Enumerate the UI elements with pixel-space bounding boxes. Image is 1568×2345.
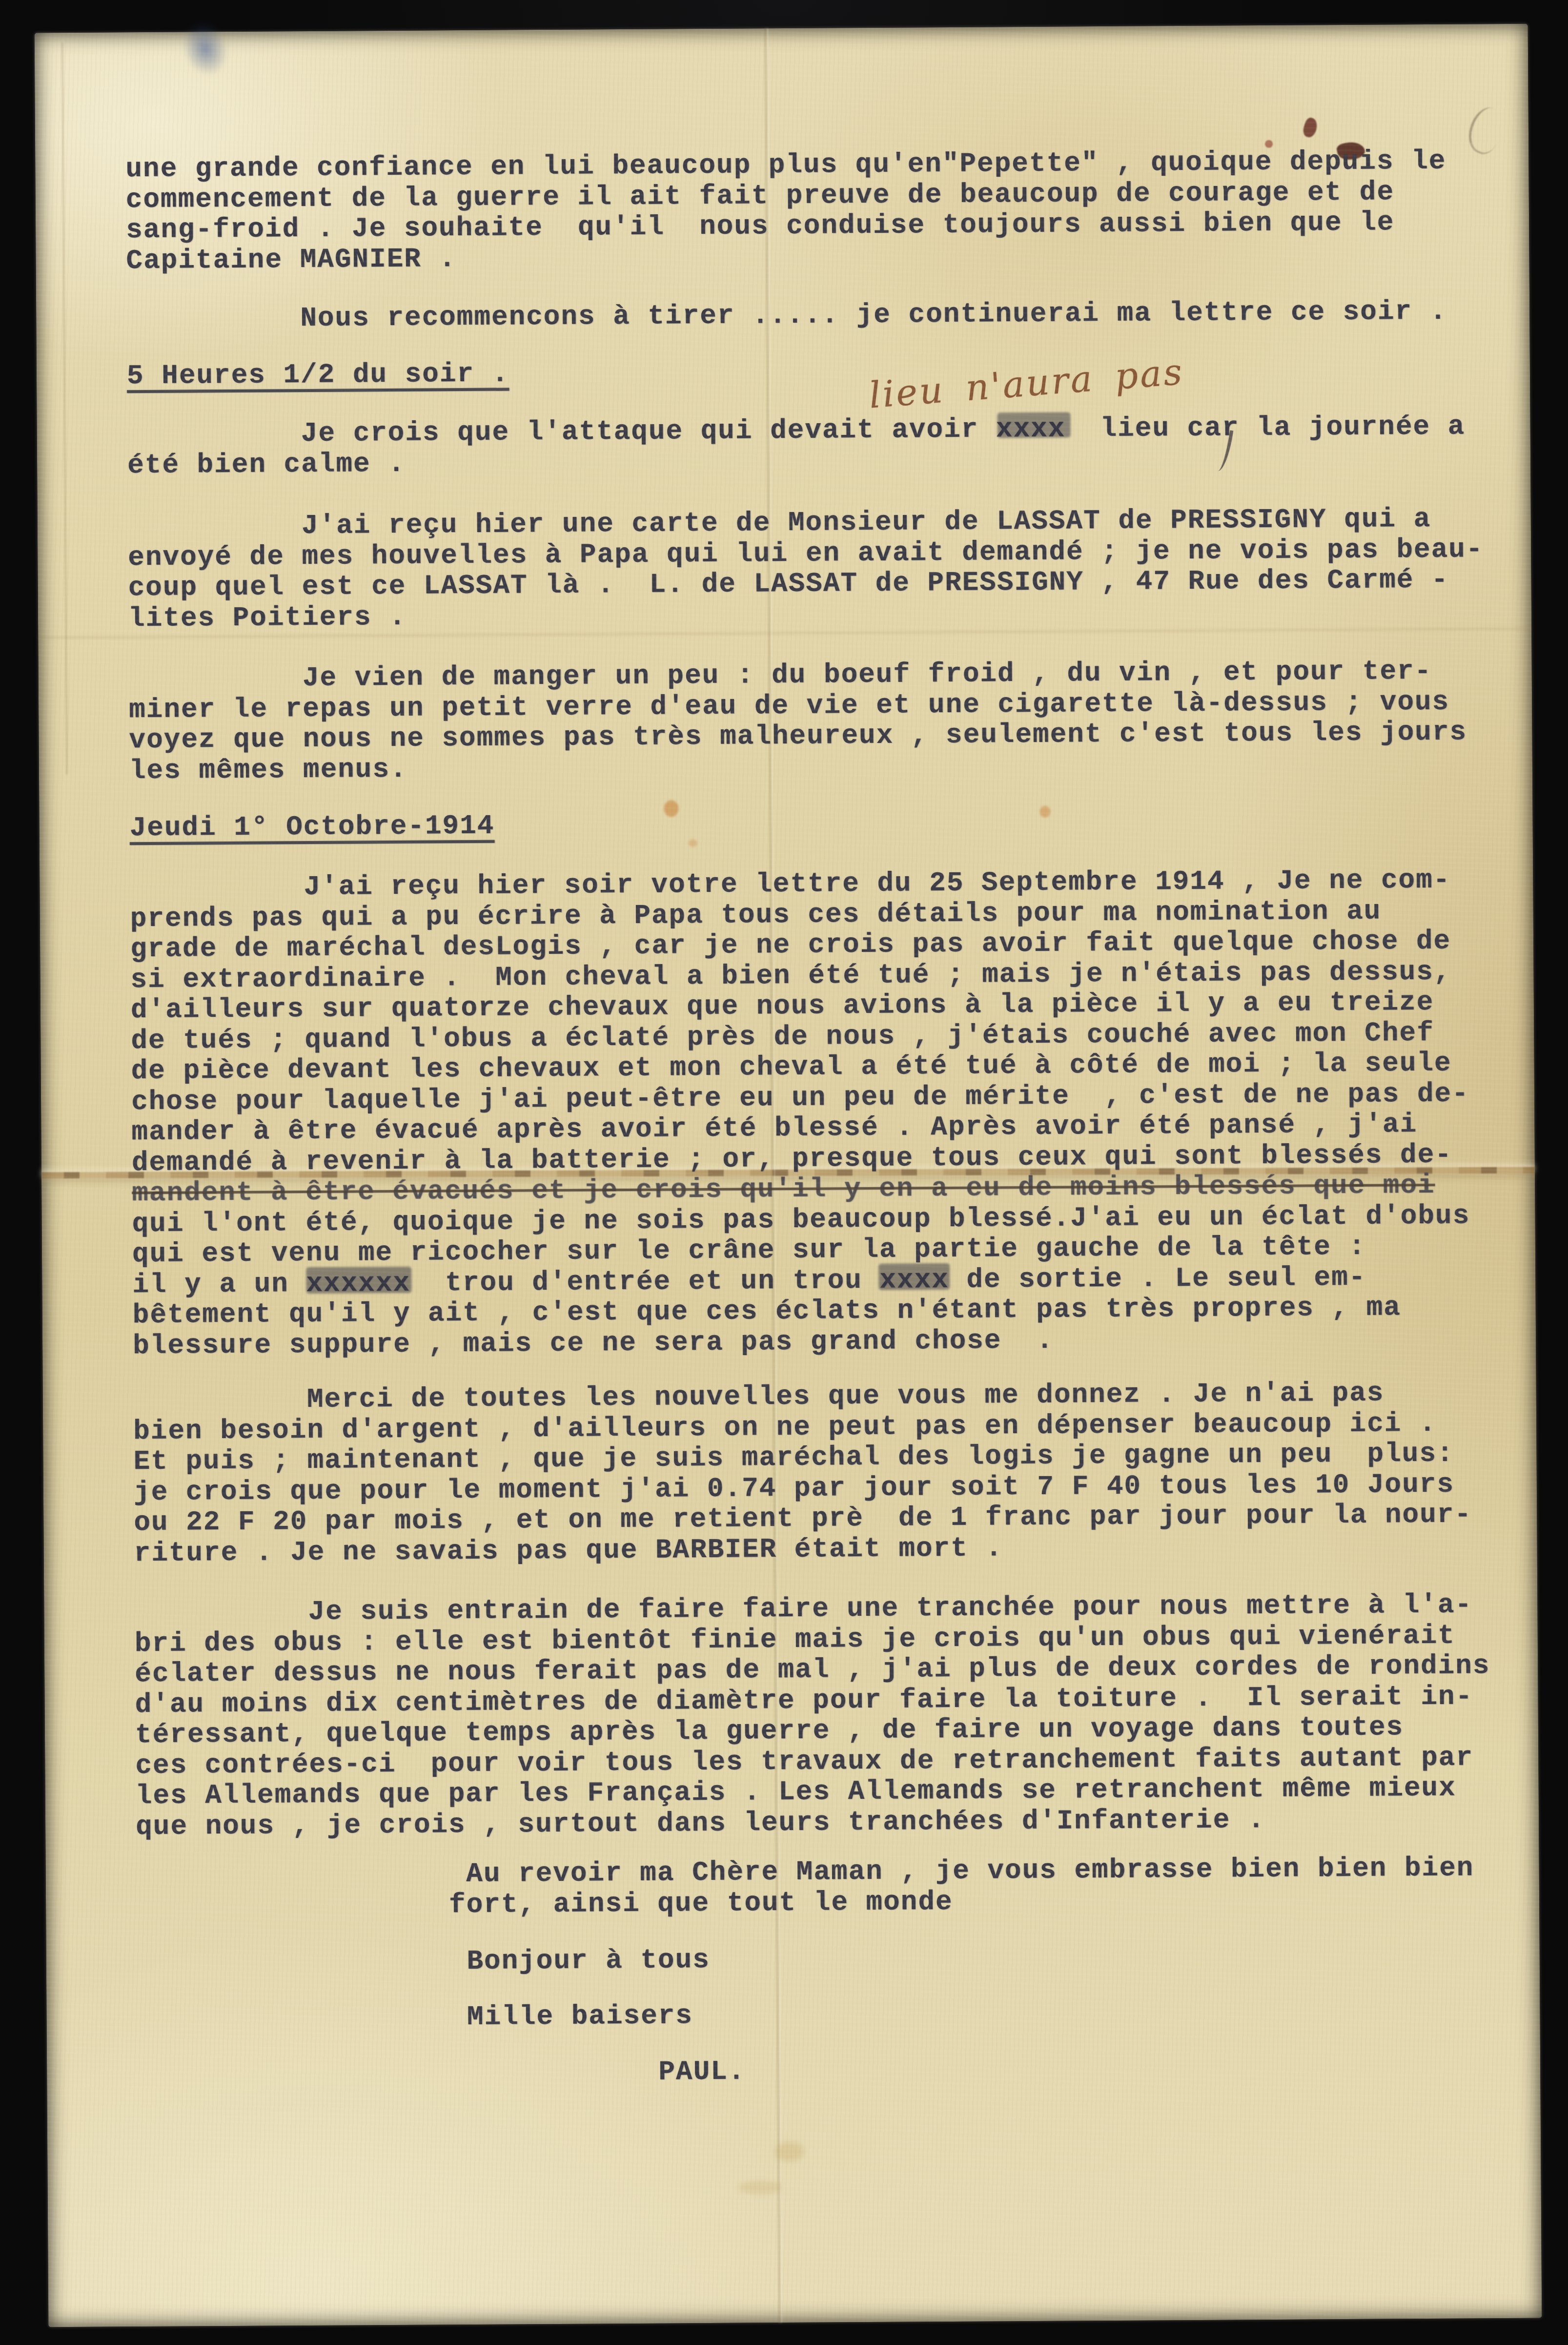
signature-paul: PAUL. [137, 2057, 746, 2091]
typed-overstrike-blot [878, 1263, 950, 1290]
rust-stain [689, 839, 697, 847]
rust-stain [1039, 806, 1050, 818]
scan-background: { "colors": { "background": "#0a0a0b", "… [0, 0, 1568, 2345]
heading-jeudi-1-octobre-1914: Jeudi 1° Octobre-1914 [129, 811, 494, 843]
paragraph-carte-lassat: J'ai reçu hier une carte de Monsieur de … [128, 503, 1484, 634]
pencil-squiggle-mark [1462, 103, 1509, 158]
typed-overstrike-blot [306, 1267, 411, 1294]
line-recommencons-a-tirer: Nous recommencons à tirer ..... je conti… [126, 296, 1447, 335]
paragraph-argent-solde: Merci de toutes les nouvelles que vous m… [133, 1377, 1472, 1568]
letter-page: une grande confiance en lui beaucoup plu… [35, 24, 1542, 2327]
paragraph-repas: Je vien de manger un peu : du boeuf froi… [129, 656, 1467, 786]
left-vertical-crease [61, 42, 68, 775]
blue-smudge [165, 4, 246, 93]
paragraph-attaque: Je crois que l'attaque qui devait avoir … [127, 411, 1466, 480]
rust-stain [664, 800, 678, 817]
handwritten-annotation-lieu-naura-pas: lieu n'aura pas [868, 351, 1185, 417]
typed-overstrike-blot [997, 412, 1070, 438]
paragraph-tranchee: Je suis entrain de faire faire une tranc… [134, 1589, 1491, 1842]
closing-bonjour-a-tous: Bonjour à tous [137, 1945, 710, 1979]
ink-splotch [1301, 116, 1319, 139]
closing-au-revoir: Au revoir ma Chère Maman , je vous embra… [136, 1852, 1474, 1922]
paper-stain [774, 2142, 804, 2161]
paragraph-confidence: une grande confiance en lui beaucoup plu… [125, 146, 1446, 276]
closing-mille-baisers: Mille baisers [137, 2000, 693, 2034]
heading-5-heures-du-soir: 5 Heures 1/2 du soir . [127, 358, 509, 391]
paper-stain [738, 2181, 782, 2194]
